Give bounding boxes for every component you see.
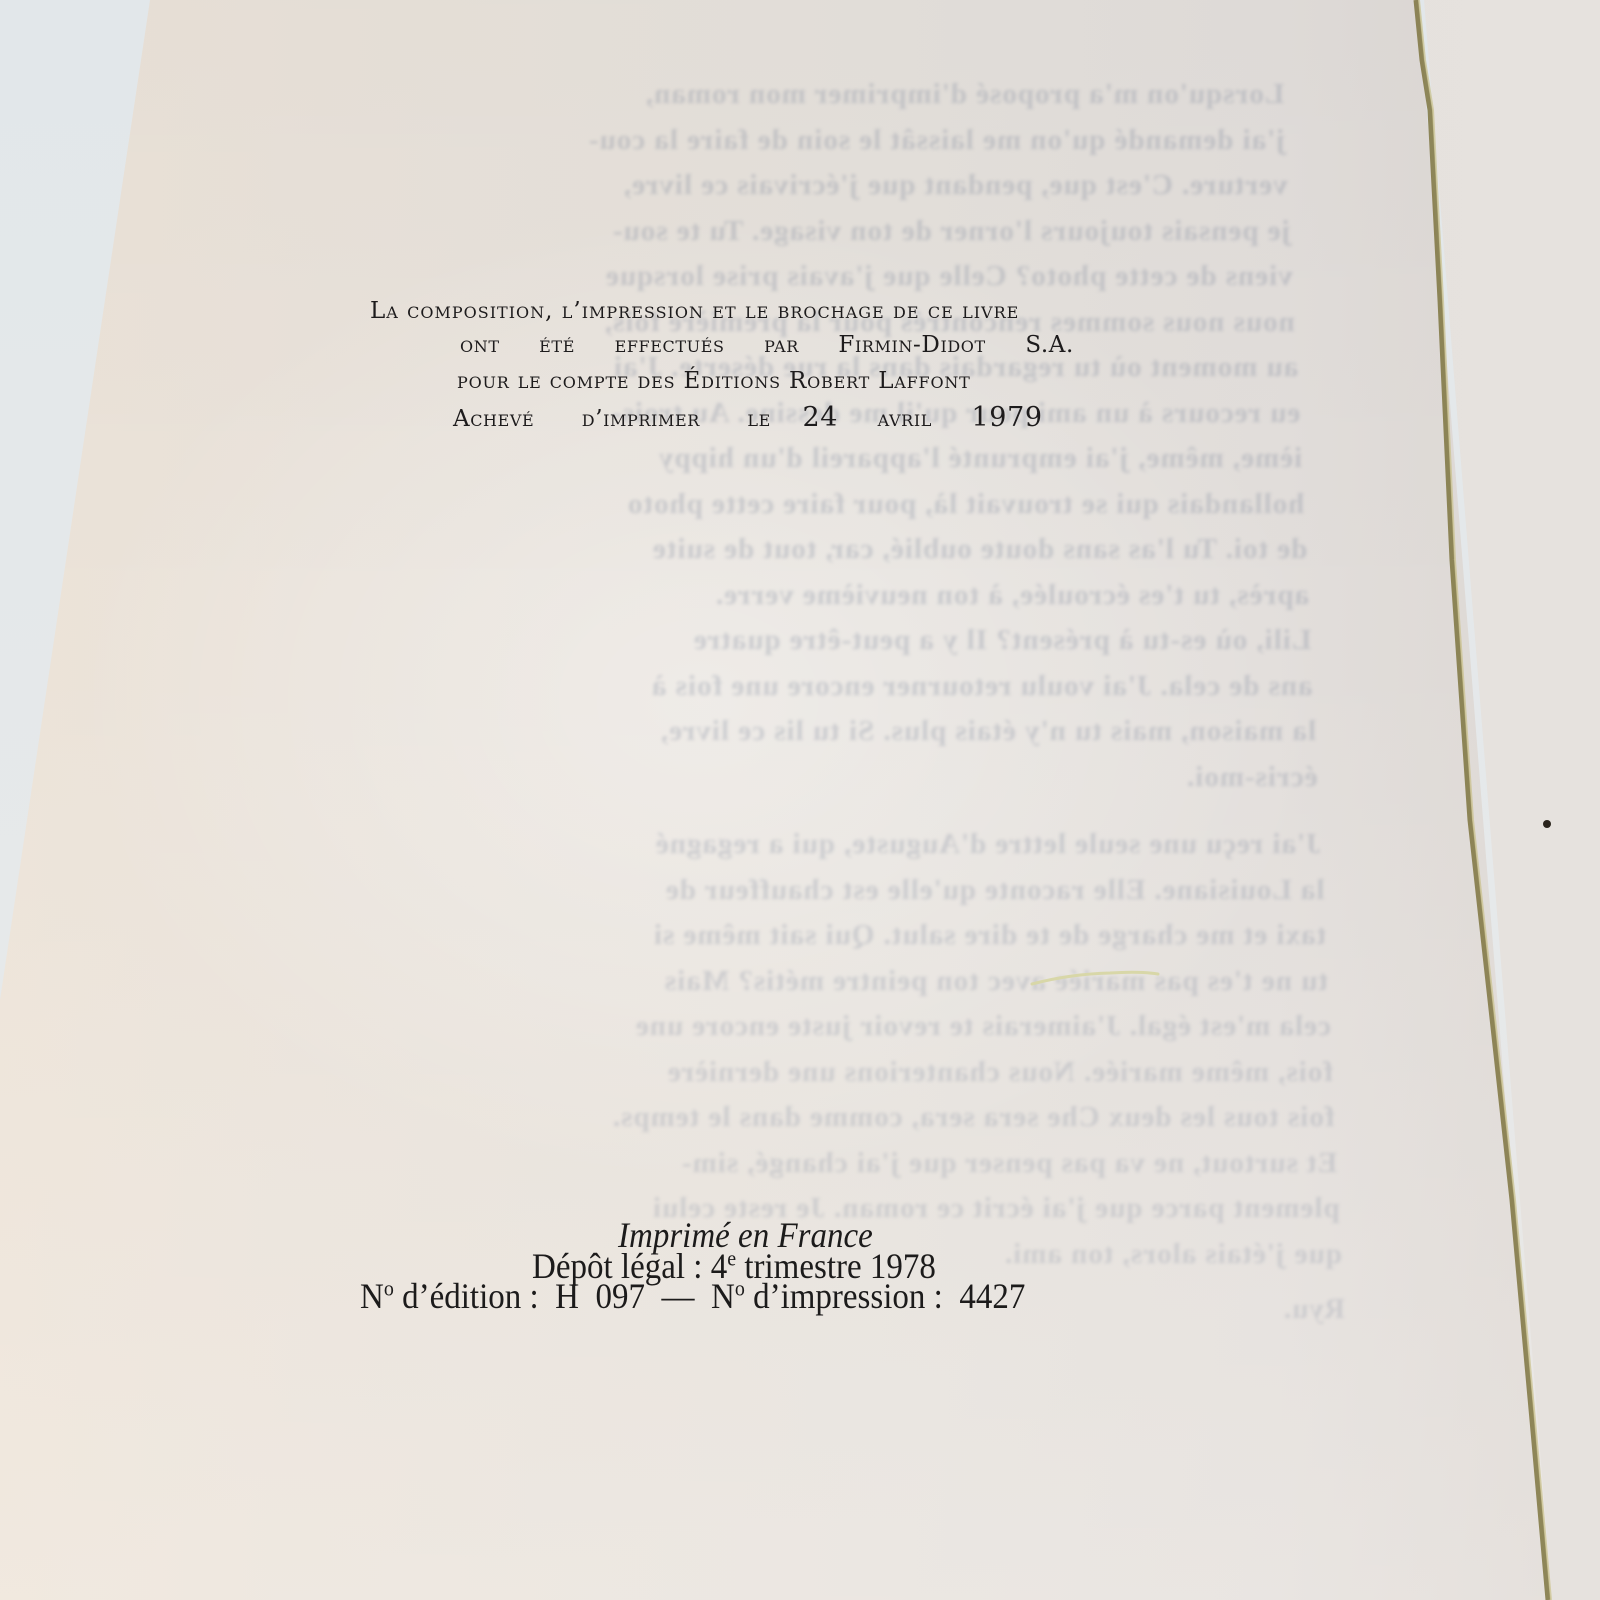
colophon-line-4: Achevé d’imprimer le 24 avril 1979 (453, 402, 1043, 433)
print-no-sup: o (735, 1277, 745, 1301)
print-year: 1979 (972, 402, 1043, 433)
edition-and-print-numbers: No d’édition : H 097 — No d’impression :… (360, 1277, 1025, 1318)
text-dimprimer: d’imprimer (582, 406, 700, 432)
colophon-line-2: ont été effectués par Firmin-Didot S.A. (460, 332, 1074, 358)
edition-no-label: N (360, 1277, 384, 1317)
colophon-line-3: pour le compte des Éditions Robert Laffo… (457, 368, 971, 394)
text-le: le (747, 406, 771, 432)
text-ete: été (539, 332, 575, 358)
text-acheve: Achevé (453, 406, 534, 432)
text-ont: ont (460, 332, 500, 358)
print-month: avril (878, 406, 932, 432)
book-page (0, 0, 1600, 1600)
print-no-text: d’impression : 4427 (745, 1277, 1025, 1317)
edition-no-text: d’édition : H 097 — (394, 1277, 711, 1317)
text-sa: S.A. (1025, 332, 1074, 358)
text-effectues: effectués (615, 332, 725, 358)
colophon-line-1: La composition, l’impression et le broch… (370, 298, 1019, 324)
print-no-label: N (711, 1277, 735, 1317)
legal-deposit-sup: e (727, 1247, 736, 1271)
text-par: par (764, 332, 799, 358)
text-printer-name: Firmin-Didot (838, 332, 985, 358)
edition-no-sup: o (384, 1277, 394, 1301)
print-day: 24 (803, 402, 839, 433)
